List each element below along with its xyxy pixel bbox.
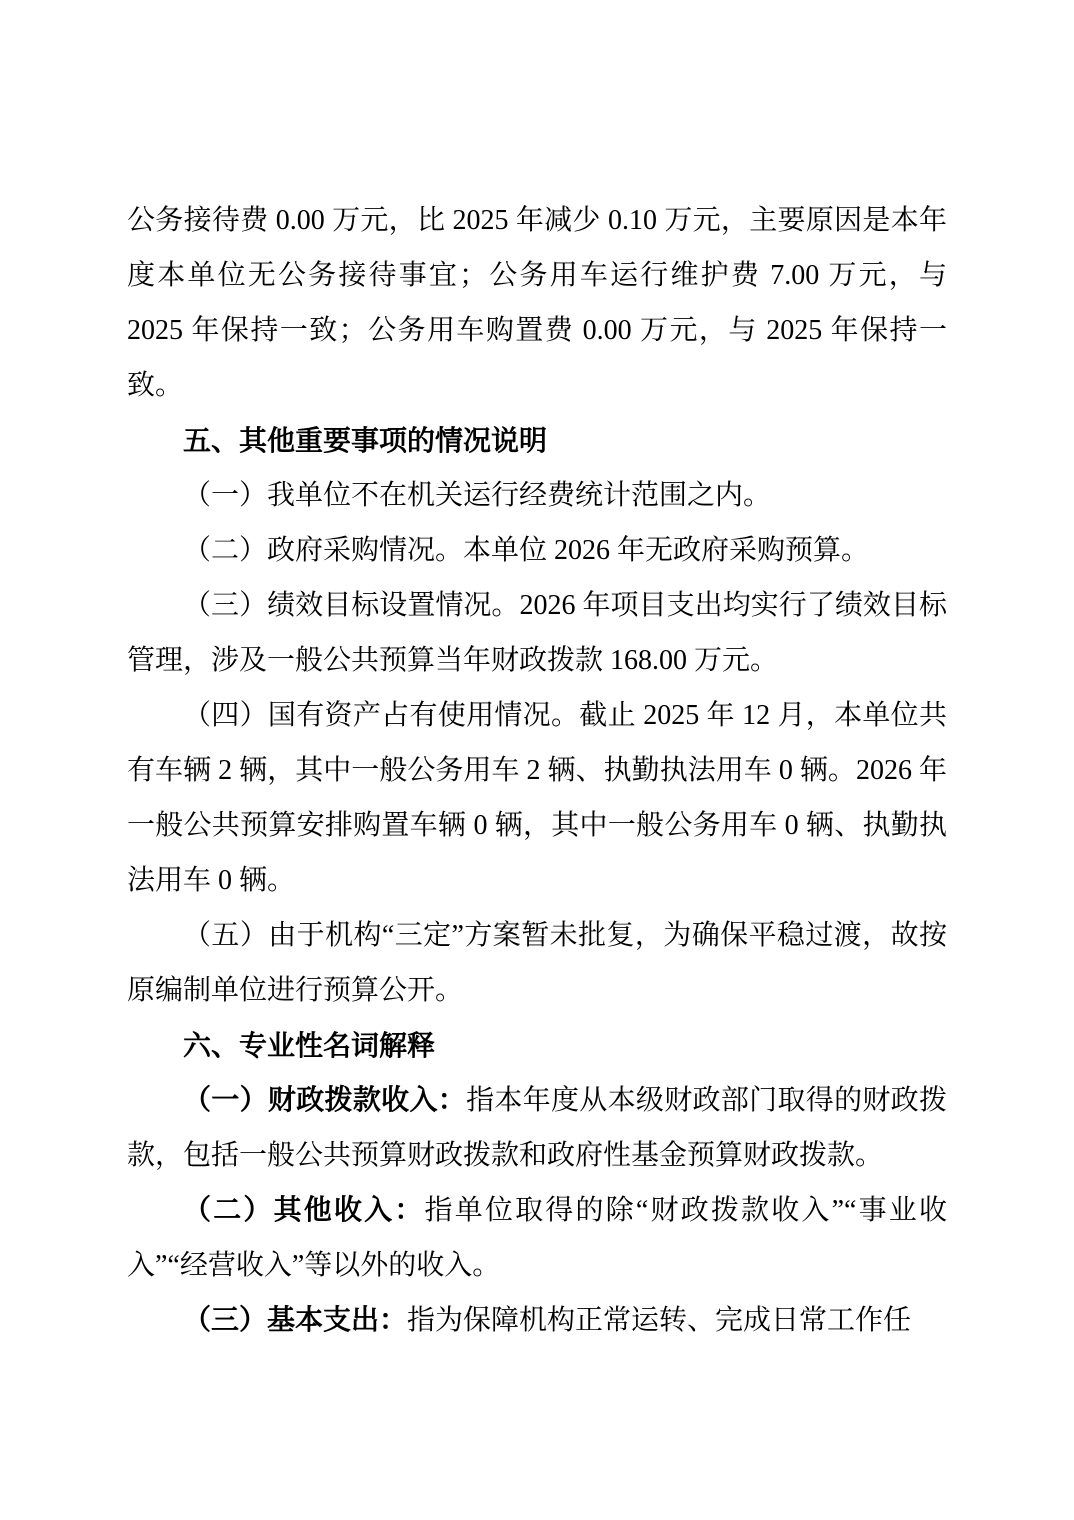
paragraph-item-operating-funds: （一）我单位不在机关运行经费统计范围之内。 [127, 468, 947, 523]
paragraph-item-three-fixed-plan: （五）由于机构“三定”方案暂未批复，为确保平稳过渡，故按原编制单位进行预算公开。 [127, 908, 947, 1018]
paragraph-item-performance-targets: （三）绩效目标设置情况。2026 年项目支出均实行了绩效目标管理，涉及一般公共预… [127, 578, 947, 688]
paragraph-item-government-procurement: （二）政府采购情况。本单位 2026 年无政府采购预算。 [127, 523, 947, 578]
definition-term-fiscal-appropriation-income: （一）财政拨款收入： [183, 1085, 466, 1116]
definition-text-basic-expenditure: 指为保障机构正常运转、完成日常工作任 [407, 1305, 911, 1336]
paragraph-definition-other-income: （二）其他收入：指单位取得的除“财政拨款收入”“事业收入”“经营收入”等以外的收… [127, 1183, 947, 1293]
document-page: 公务接待费 0.00 万元，比 2025 年减少 0.10 万元，主要原因是本年… [0, 0, 1074, 1520]
section-heading-other-important-matters: 五、其他重要事项的情况说明 [127, 413, 947, 468]
definition-term-other-income: （二）其他收入： [183, 1195, 425, 1226]
paragraph-definition-fiscal-appropriation-income: （一）财政拨款收入：指本年度从本级财政部门取得的财政拨款，包括一般公共预算财政拨… [127, 1073, 947, 1183]
document-content: 公务接待费 0.00 万元，比 2025 年减少 0.10 万元，主要原因是本年… [0, 0, 1074, 1348]
paragraph-item-state-assets: （四）国有资产占有使用情况。截止 2025 年 12 月，本单位共有车辆 2 辆… [127, 688, 947, 908]
paragraph-definition-basic-expenditure: （三）基本支出：指为保障机构正常运转、完成日常工作任 [127, 1293, 947, 1348]
section-heading-terminology: 六、专业性名词解释 [127, 1018, 947, 1073]
definition-term-basic-expenditure: （三）基本支出： [183, 1305, 407, 1336]
paragraph-official-expenses-continuation: 公务接待费 0.00 万元，比 2025 年减少 0.10 万元，主要原因是本年… [127, 193, 947, 413]
